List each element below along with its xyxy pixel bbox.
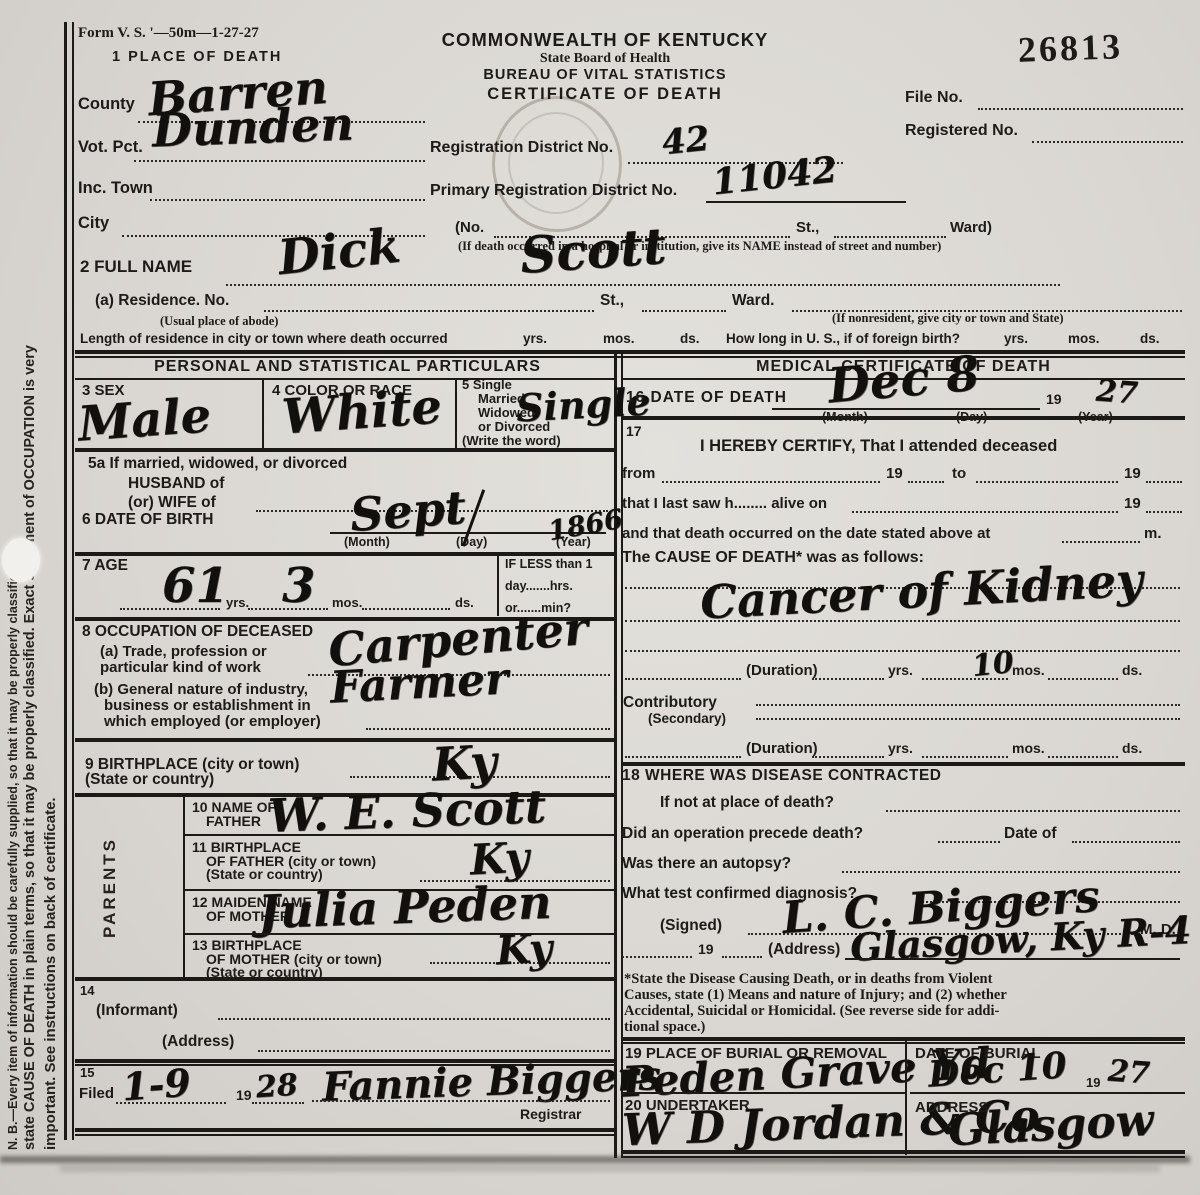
- certify-to-19: 19: [1124, 466, 1141, 482]
- footnote-line3: Accidental, Suicidal or Homicidal. (See …: [624, 1004, 999, 1019]
- occupation-b-label2: business or establishment in: [104, 698, 311, 714]
- husband-of-label: HUSBAND of: [128, 476, 224, 492]
- primary-registration-handwritten: 11042: [710, 152, 838, 201]
- rule-column-divider-a: [614, 350, 617, 1158]
- commonwealth-title: COMMONWEALTH OF KENTUCKY: [440, 30, 770, 49]
- certify-time-blank: [1062, 541, 1140, 543]
- cause-of-death-handwritten: Cancer of Kidney: [699, 556, 1144, 625]
- duration2-lead-blank: [625, 756, 741, 758]
- age-yrs-blank: [120, 608, 220, 610]
- length-mos-label: mos.: [603, 332, 635, 346]
- filed-year-blank: [252, 1102, 304, 1104]
- rule-race-marital-divider: [455, 378, 457, 448]
- full-name-last-handwritten: Scott: [518, 221, 667, 281]
- certify-alive-19: 19: [1124, 496, 1141, 512]
- hole-punch: [2, 538, 40, 582]
- rule-below-cause: [621, 762, 1185, 766]
- age-ds-label: ds.: [455, 596, 474, 610]
- certify-to-label: to: [952, 466, 966, 482]
- contributory-label: Contributory: [623, 695, 717, 711]
- informant-address-label: (Address): [162, 1034, 234, 1050]
- file-no-blank: [978, 108, 1183, 110]
- state-board-subtitle: State Board of Health: [440, 52, 770, 67]
- registered-no-blank: [1032, 141, 1183, 143]
- registration-district-label: Registration District No.: [430, 140, 613, 157]
- mother-birthplace-handwritten: Ky: [495, 929, 553, 972]
- filed-year-handwritten: 28: [255, 1071, 299, 1104]
- age-ds-blank: [362, 608, 450, 610]
- rule-below-sex-row: [75, 448, 614, 452]
- age-yrs-label: yrs.: [226, 596, 249, 610]
- nonresident-note: (If nonresident, give city or town and S…: [832, 312, 1063, 325]
- street-label: St.,: [796, 220, 819, 236]
- margin-note-line3: important. See instructions on back of c…: [42, 797, 59, 1150]
- rule-under-left-title: [75, 378, 614, 380]
- duration2-ds-label: ds.: [1122, 741, 1142, 756]
- full-name-first-handwritten: Dick: [276, 222, 403, 283]
- autopsy-blank: [842, 871, 1180, 873]
- place-of-death-heading: 1 PLACE OF DEATH: [112, 50, 282, 65]
- rule-below-father-name: [183, 834, 614, 836]
- cause-line-3: [625, 650, 1180, 652]
- scan-smudge-bottom2: [60, 1166, 1160, 1171]
- contributory-blank-1: [756, 704, 1180, 706]
- duration-lead-blank: [625, 678, 741, 680]
- ifless-label-1: IF LESS than 1: [505, 558, 593, 571]
- ward-label: Ward): [950, 220, 992, 236]
- autopsy-label: Was there an autopsy?: [622, 856, 791, 872]
- disease-contracted-label: 18 WHERE WAS DISEASE CONTRACTED: [622, 768, 942, 784]
- city-label: City: [78, 215, 109, 232]
- certify-alive-year-blank: [1146, 511, 1182, 513]
- occupation-b-label3: which employed (or employer): [104, 714, 321, 730]
- certificate-title: CERTIFICATE OF DEATH: [440, 86, 770, 103]
- certify-from-year-blank: [908, 481, 944, 483]
- certificate-serial-number: 26813: [1017, 28, 1123, 69]
- street-blank: [834, 236, 946, 238]
- operation-date-blank: [1072, 841, 1180, 843]
- inc-town-label: Inc. Town: [78, 180, 153, 197]
- dod-handwritten: Dec 8: [826, 349, 981, 410]
- age-months-handwritten: 3: [282, 562, 315, 610]
- rule-dod-blank: [772, 408, 1040, 410]
- age-mos-blank: [248, 608, 328, 610]
- occupation-label: 8 OCCUPATION OF DECEASED: [82, 624, 313, 640]
- registrar-signature-blank: [312, 1100, 610, 1102]
- marital-label-5: (Write the word): [462, 434, 561, 448]
- length-residence-label: Length of residence in city or town wher…: [80, 332, 448, 346]
- signed-date-blank: [622, 956, 692, 958]
- margin-note-line2: state CAUSE OF DEATH in plain terms, so …: [22, 345, 38, 1150]
- ifless-label-2: day.......hrs.: [505, 580, 573, 593]
- dob-month-handwritten: Sept: [349, 484, 468, 538]
- registered-no-label: Registered No.: [905, 123, 1018, 140]
- rule-sex-race-divider: [262, 378, 264, 448]
- dod-19-label: 19: [1046, 392, 1062, 407]
- duration-mos-handwritten: 10: [971, 648, 1016, 682]
- us-ds-label: ds.: [1140, 332, 1160, 346]
- address-label: (Address): [768, 942, 840, 958]
- occupation-b-blank: [366, 728, 610, 730]
- father-birthplace-label3: (State or country): [206, 867, 323, 882]
- certify-from-label: from: [622, 466, 655, 482]
- duration2-ds-blank: [1048, 756, 1118, 758]
- age-years-handwritten: 61: [162, 562, 229, 610]
- rule-burial-left-blank: [621, 1092, 905, 1094]
- left-column-title: PERSONAL AND STATISTICAL PARTICULARS: [85, 359, 610, 376]
- form-left-border-outer: [64, 22, 67, 1140]
- certify-to-year-blank: [1146, 481, 1182, 483]
- footnote-line1: *State the Disease Causing Death, or in …: [624, 972, 992, 987]
- not-at-place-blank: [886, 810, 1180, 812]
- occupation-b-handwritten: Farmer: [329, 657, 509, 710]
- dob-day-caption: (Day): [456, 536, 487, 549]
- burial-19-label: 19: [1086, 1076, 1100, 1090]
- death-certificate-scan: N. B.—Every item of information should b…: [0, 0, 1200, 1195]
- certify-from-blank: [662, 481, 880, 483]
- operation-blank: [938, 841, 1000, 843]
- certify-last-saw: that I last saw h........ alive on: [622, 496, 827, 512]
- certify-statement: I HEREBY CERTIFY, That I attended deceas…: [700, 438, 1057, 455]
- father-name-label2: FATHER: [206, 814, 261, 829]
- certify-number: 17: [626, 424, 642, 439]
- certify-m-label: m.: [1144, 526, 1162, 542]
- signed-19-label: 19: [698, 942, 714, 957]
- date-of-burial-handwritten: Dec 10: [927, 1047, 1068, 1093]
- full-name-label: 2 FULL NAME: [80, 258, 192, 276]
- duration-ds-label: ds.: [1122, 663, 1142, 678]
- rule-below-dod: [621, 416, 1185, 420]
- signed-label: (Signed): [660, 918, 722, 934]
- residence-no-blank: [264, 310, 594, 312]
- secondary-label: (Secondary): [648, 712, 726, 726]
- street-no-label: (No.: [455, 220, 484, 236]
- residence-label: (a) Residence. No.: [95, 293, 229, 309]
- us-yrs-label: yrs.: [1004, 332, 1028, 346]
- duration-label: (Duration): [746, 663, 818, 679]
- rule-left-bottom2: [75, 1134, 614, 1136]
- burial-year-handwritten: 27: [1107, 1057, 1151, 1090]
- bureau-subtitle: BUREAU OF VITAL STATISTICS: [440, 68, 770, 83]
- residence-st-blank: [642, 310, 726, 312]
- occupation-a-label2: particular kind of work: [100, 660, 261, 676]
- how-long-us-label: How long in U. S., if of foreign birth?: [726, 332, 960, 346]
- primary-registration-blank: [706, 201, 906, 203]
- filed-label: Filed: [79, 1086, 114, 1102]
- rule-below-dob: [75, 552, 614, 556]
- filed-number: 15: [80, 1066, 94, 1080]
- length-ds-label: ds.: [680, 332, 700, 346]
- not-at-place-label: If not at place of death?: [660, 795, 834, 811]
- duration-mos-label: mos.: [1012, 663, 1045, 678]
- footnote-line4: tional space.): [624, 1020, 705, 1035]
- residence-ward-label: Ward.: [732, 293, 774, 309]
- county-label: County: [78, 96, 135, 113]
- duration-ds-blank: [1048, 678, 1118, 680]
- signed-year-blank: [722, 956, 762, 958]
- file-no-label: File No.: [905, 90, 963, 107]
- filed-date-handwritten: 1-9: [121, 1064, 192, 1107]
- duration-yrs-label: yrs.: [888, 663, 913, 678]
- married-widowed-label: 5a If married, widowed, or divorced: [88, 456, 347, 472]
- cause-line-2: [625, 620, 1180, 622]
- parents-vertical-label: PARENTS: [100, 837, 120, 938]
- operation-date-label: Date of: [1004, 826, 1057, 842]
- duration2-yrs-label: yrs.: [888, 741, 913, 756]
- rule-age-ifless-divider: [497, 552, 499, 616]
- father-name-handwritten: W. E. Scott: [267, 783, 546, 839]
- us-mos-label: mos.: [1068, 332, 1100, 346]
- rule-address-blank: [845, 958, 1180, 960]
- age-mos-label: mos.: [332, 596, 362, 610]
- form-number: Form V. S. '—50m—1-27-27: [78, 26, 259, 42]
- contributory-blank-2: [756, 718, 1180, 720]
- informant-blank: [218, 1018, 610, 1020]
- undertaker-address-handwritten: Glasgow: [947, 1099, 1155, 1154]
- rule-below-parents: [75, 977, 614, 981]
- registration-district-handwritten: 42: [660, 122, 711, 161]
- informant-address-blank: [258, 1050, 610, 1052]
- certify-alive-blank: [852, 511, 1118, 513]
- dod-year-handwritten: 27: [1095, 377, 1139, 410]
- marital-label-1: 5 Single: [462, 378, 512, 392]
- birthplace-label2: (State or country): [85, 772, 214, 788]
- full-name-blank: [226, 284, 1060, 286]
- margin-note-line1: N. B.—Every item of information should b…: [6, 563, 20, 1150]
- date-of-death-label: 16 DATE OF DEATH: [626, 390, 787, 406]
- certify-death-occurred: and that death occurred on the date stat…: [622, 526, 990, 542]
- duration2-mos-blank: [922, 756, 1008, 758]
- registrar-label: Registrar: [520, 1107, 581, 1122]
- rule-above-burial: [621, 1037, 1185, 1041]
- informant-number: 14: [80, 984, 94, 998]
- duration2-mos-label: mos.: [1012, 741, 1045, 756]
- father-birthplace-handwritten: Ky: [469, 836, 530, 881]
- informant-label: (Informant): [96, 1003, 178, 1019]
- race-handwritten: White: [281, 382, 444, 441]
- date-of-birth-label: 6 DATE OF BIRTH: [82, 512, 213, 528]
- duration-yrs-blank: [812, 678, 884, 680]
- wife-of-label: (or) WIFE of: [128, 495, 216, 511]
- footnote-line2: Causes, state (1) Means and nature of In…: [624, 988, 1007, 1003]
- rule-left-bottom: [75, 1128, 614, 1132]
- duration2-yrs-blank: [812, 756, 884, 758]
- rule-right-bottom: [621, 1150, 1185, 1154]
- length-yrs-label: yrs.: [523, 332, 547, 346]
- voting-precinct-label: Vot. Pct.: [78, 139, 143, 156]
- rule-below-occupation: [75, 738, 614, 742]
- rule-top-heavy: [75, 350, 1185, 354]
- certify-to-blank: [976, 481, 1118, 483]
- primary-registration-label: Primary Registration District No.: [430, 183, 677, 200]
- filed-date-blank: [116, 1102, 226, 1104]
- age-label: 7 AGE: [82, 558, 128, 574]
- voting-precinct-blank: [134, 160, 425, 162]
- occupation-b-label1: (b) General nature of industry,: [94, 682, 308, 698]
- filed-19-label: 19: [236, 1088, 252, 1103]
- certify-from-19: 19: [886, 466, 903, 482]
- rule-parents-divider: [183, 793, 185, 977]
- form-left-border-inner: [72, 22, 74, 1140]
- operation-label: Did an operation precede death?: [622, 826, 863, 842]
- abode-note: (Usual place of abode): [160, 315, 278, 328]
- duration2-label: (Duration): [746, 741, 818, 757]
- inc-town-blank: [150, 199, 425, 201]
- voting-precinct-handwritten: Dunden: [151, 100, 354, 153]
- occupation-a-label1: (a) Trade, profession or: [100, 644, 267, 660]
- rule-right-bottom2: [621, 1156, 1185, 1158]
- sex-handwritten: Male: [76, 391, 212, 448]
- residence-st-label: St.,: [600, 293, 624, 309]
- cause-of-death-label: The CAUSE OF DEATH* was as follows:: [622, 550, 924, 567]
